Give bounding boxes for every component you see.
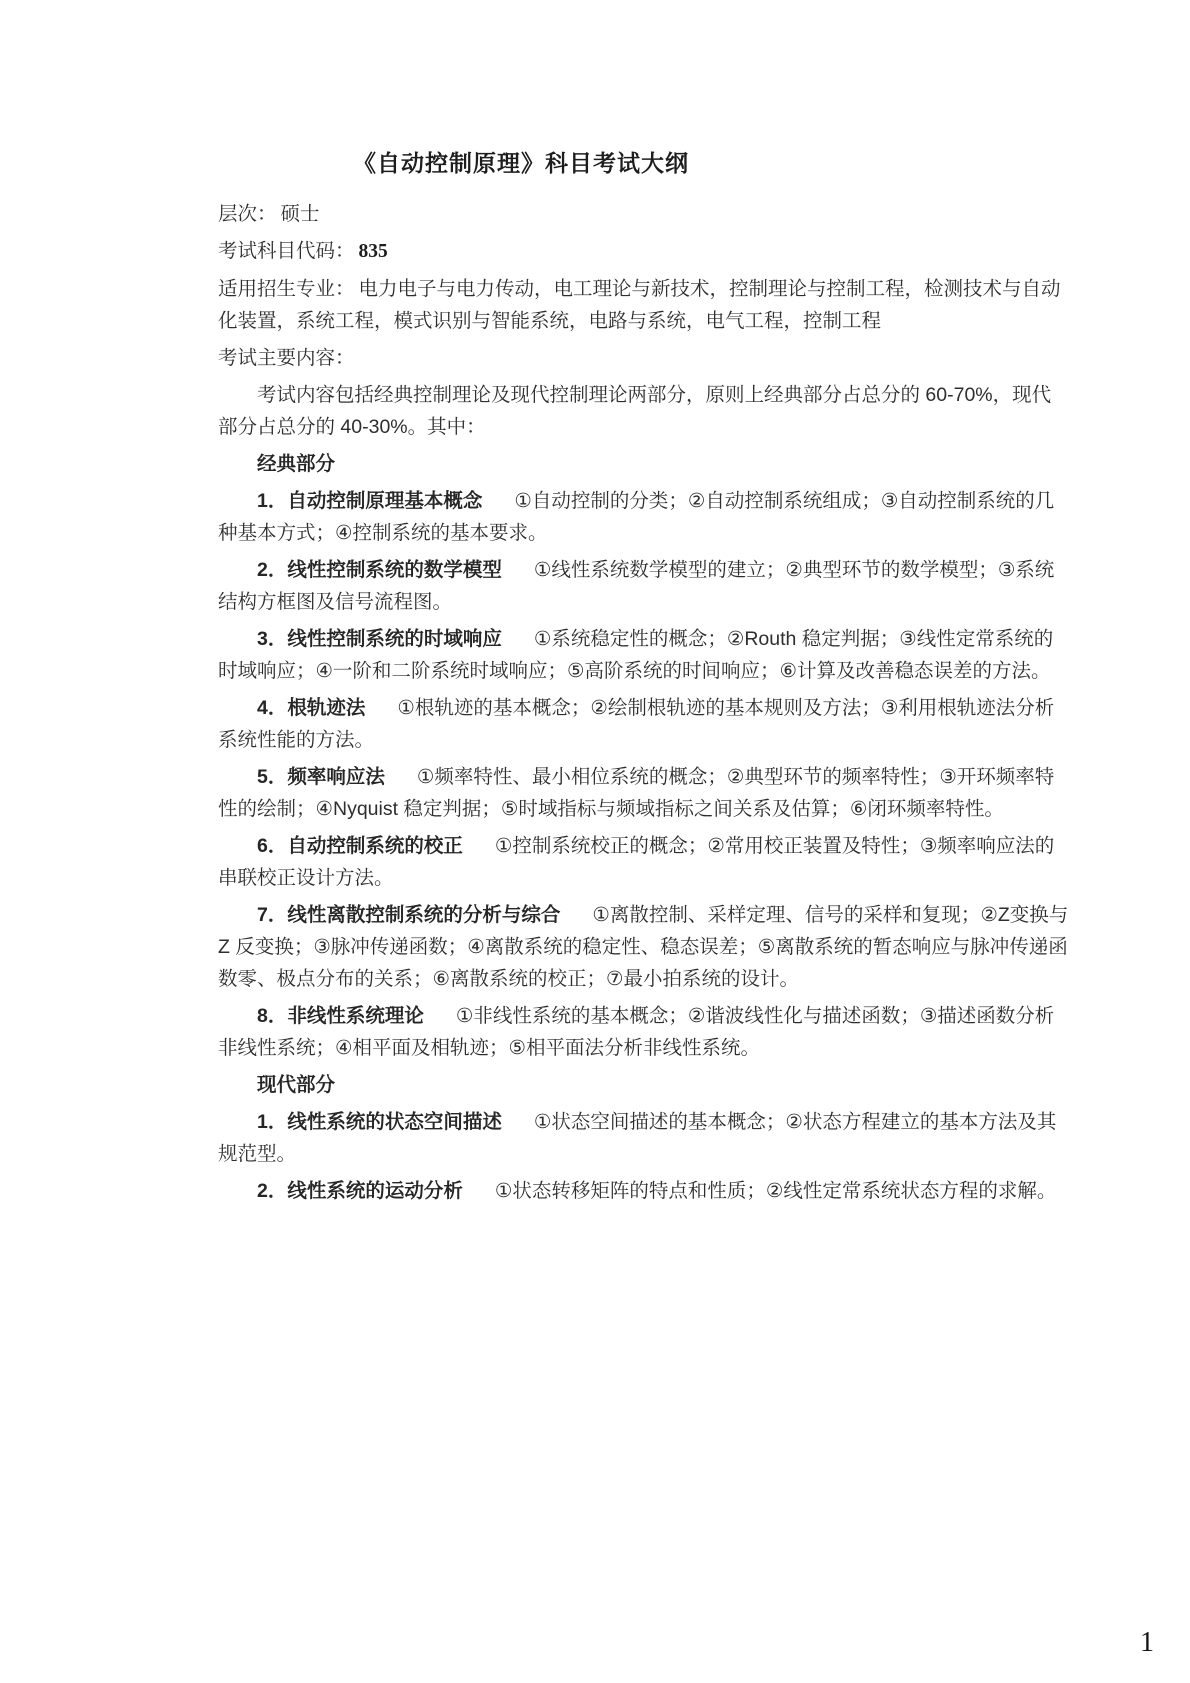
item-title: 2．线性系统的运动分析: [257, 1180, 463, 1202]
item-title: 3．线性控制系统的时域响应: [257, 628, 502, 650]
syllabus-section: 现代部分 1．线性系统的状态空间描述①状态空间描述的基本概念；②状态方程建立的基…: [218, 1069, 1070, 1207]
meta-subject-code-label: 考试科目代码：: [218, 240, 355, 262]
item-content: ①状态转移矩阵的特点和性质；②线性定常系统状态方程的求解。: [495, 1180, 1056, 1202]
meta-subject-code-value: 835: [359, 241, 388, 262]
syllabus-item: 3．线性控制系统的时域响应①系统稳定性的概念；②Routh 稳定判据；③线性定常…: [218, 623, 1070, 687]
item-title: 1．线性系统的状态空间描述: [257, 1111, 502, 1133]
intro-paragraph: 考试内容包括经典控制理论及现代控制理论两部分，原则上经典部分占总分的 60-70…: [218, 379, 1070, 443]
page-number: 1: [1140, 1627, 1154, 1659]
syllabus-item: 8．非线性系统理论①非线性系统的基本概念；②谐波线性化与描述函数；③描述函数分析…: [218, 1000, 1070, 1064]
syllabus-section: 经典部分 1．自动控制原理基本概念①自动控制的分类；②自动控制系统组成；③自动控…: [218, 448, 1070, 1064]
item-title: 7．线性离散控制系统的分析与综合: [257, 904, 560, 926]
meta-level-value: 硕士: [281, 203, 320, 225]
meta-majors: 适用招生专业：电力电子与电力传动，电工理论与新技术，控制理论与控制工程，检测技术…: [218, 273, 1070, 337]
meta-subject-code: 考试科目代码：835: [218, 235, 1070, 268]
document-page: 《自动控制原理》科目考试大纲 层次：硕士 考试科目代码：835 适用招生专业：电…: [0, 0, 1190, 1683]
document-title: 《自动控制原理》科目考试大纲: [218, 146, 824, 180]
meta-level: 层次：硕士: [218, 198, 1070, 230]
section-heading: 经典部分: [218, 448, 1070, 480]
section-items: 1．自动控制原理基本概念①自动控制的分类；②自动控制系统组成；③自动控制系统的几…: [218, 485, 1070, 1064]
item-title: 8．非线性系统理论: [257, 1005, 424, 1027]
syllabus-item: 1．线性系统的状态空间描述①状态空间描述的基本概念；②状态方程建立的基本方法及其…: [218, 1106, 1070, 1170]
sections-container: 经典部分 1．自动控制原理基本概念①自动控制的分类；②自动控制系统组成；③自动控…: [218, 448, 1070, 1207]
item-title: 1．自动控制原理基本概念: [257, 490, 482, 512]
syllabus-item: 2．线性控制系统的数学模型①线性系统数学模型的建立；②典型环节的数学模型；③系统…: [218, 554, 1070, 618]
syllabus-item: 2．线性系统的运动分析①状态转移矩阵的特点和性质；②线性定常系统状态方程的求解。: [218, 1175, 1070, 1207]
syllabus-item: 4．根轨迹法①根轨迹的基本概念；②绘制根轨迹的基本规则及方法；③利用根轨迹法分析…: [218, 692, 1070, 756]
item-title: 5．频率响应法: [257, 766, 385, 788]
section-items: 1．线性系统的状态空间描述①状态空间描述的基本概念；②状态方程建立的基本方法及其…: [218, 1106, 1070, 1207]
syllabus-item: 7．线性离散控制系统的分析与综合①离散控制、采样定理、信号的采样和复现；②Z变换…: [218, 899, 1070, 995]
syllabus-item: 5．频率响应法①频率特性、最小相位系统的概念；②典型环节的频率特性；③开环频率特…: [218, 761, 1070, 825]
section-heading: 现代部分: [218, 1069, 1070, 1101]
item-title: 6．自动控制系统的校正: [257, 835, 463, 857]
item-title: 2．线性控制系统的数学模型: [257, 559, 502, 581]
item-title: 4．根轨迹法: [257, 697, 365, 719]
meta-content-heading: 考试主要内容：: [218, 342, 1070, 374]
meta-majors-label: 适用招生专业：: [218, 278, 355, 300]
syllabus-item: 6．自动控制系统的校正①控制系统校正的概念；②常用校正装置及特性；③频率响应法的…: [218, 830, 1070, 894]
meta-level-label: 层次：: [218, 203, 277, 225]
syllabus-item: 1．自动控制原理基本概念①自动控制的分类；②自动控制系统组成；③自动控制系统的几…: [218, 485, 1070, 549]
